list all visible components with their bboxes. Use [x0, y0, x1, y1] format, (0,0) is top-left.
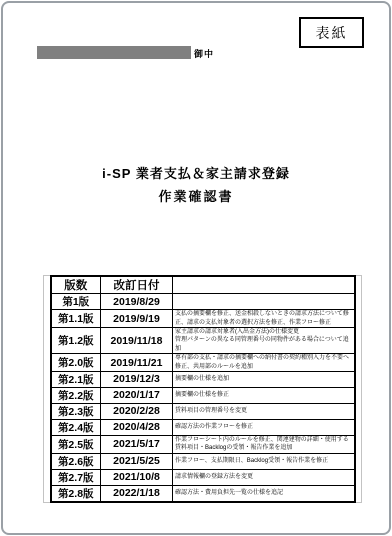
redacted-recipient-bar	[37, 46, 191, 59]
date-cell: 2021/5/25	[101, 453, 173, 469]
version-cell: 第1版	[51, 294, 101, 310]
revision-history-panel: 版数 改訂日付 第1版 2019/8/29 第1.1版 2019/9/19 支払…	[43, 275, 362, 503]
version-cell: 第2.8版	[51, 485, 101, 502]
cover-label-box: 表紙	[299, 17, 364, 48]
date-cell: 2019/12/3	[101, 371, 173, 387]
cover-label: 表紙	[316, 23, 348, 43]
table-row: 第2.5版 2021/5/17 作業フローシート内のルールを修正、関連建物の詳細…	[51, 435, 355, 453]
date-cell: 2021/10/8	[101, 469, 173, 485]
date-cell: 2020/4/28	[101, 419, 173, 435]
document-title-line1: i-SP 業者支払＆家主請求登録	[3, 163, 389, 182]
version-cell: 第2.6版	[51, 453, 101, 469]
version-cell: 第1.2版	[51, 328, 101, 354]
table-row: 第1.2版 2019/11/18 家主請求の請求対象者(入出金方法)の仕様変更 …	[51, 328, 355, 354]
document-title-line2: 作業確認書	[3, 186, 389, 205]
table-row: 第2.3版 2020/2/28 賃料項目の管理番号を変更	[51, 403, 355, 419]
version-cell: 第2.5版	[51, 435, 101, 453]
document-title: i-SP 業者支払＆家主請求登録 作業確認書	[3, 163, 389, 205]
description-cell: 摘要欄の仕様を追加	[173, 371, 355, 387]
date-cell: 2022/1/18	[101, 485, 173, 502]
description-cell: 確認方法・費用負担先一覧の仕様を追記	[173, 485, 355, 502]
description-cell: 作業フローシート内のルールを修正、関連建物の詳細・使用する賃料項目・Backlo…	[173, 435, 355, 453]
table-row: 第2.7版 2021/10/8 請求情報欄の登録方法を変更	[51, 469, 355, 485]
table-row: 第2.8版 2022/1/18 確認方法・費用負担先一覧の仕様を追記	[51, 485, 355, 502]
revision-table-body: 第1版 2019/8/29 第1.1版 2019/9/19 支払の摘要欄を修正、…	[51, 294, 355, 502]
col-header-description	[173, 276, 355, 294]
table-row: 第2.0版 2019/11/21 専有部の支払・請求の摘要欄への納付書の契約種別…	[51, 354, 355, 372]
date-cell: 2019/8/29	[101, 294, 173, 310]
table-row: 第2.1版 2019/12/3 摘要欄の仕様を追加	[51, 371, 355, 387]
description-cell: 専有部の支払・請求の摘要欄への納付書の契約種別入力を不要へ修正、共用部のルールを…	[173, 354, 355, 372]
date-cell: 2020/1/17	[101, 387, 173, 403]
version-cell: 第1.1版	[51, 310, 101, 328]
table-row: 第2.4版 2020/4/28 確認方法の作業フローを修正	[51, 419, 355, 435]
col-header-revision-date: 改訂日付	[101, 276, 173, 294]
description-cell: 摘要欄の仕様を修正	[173, 387, 355, 403]
version-cell: 第2.4版	[51, 419, 101, 435]
table-row: 第2.2版 2020/1/17 摘要欄の仕様を修正	[51, 387, 355, 403]
table-row: 第2.6版 2021/5/25 作業フロー、支払期限日、Backlog受領・報告…	[51, 453, 355, 469]
date-cell: 2021/5/17	[101, 435, 173, 453]
description-cell: 賃料項目の管理番号を変更	[173, 403, 355, 419]
version-cell: 第2.1版	[51, 371, 101, 387]
description-cell: 確認方法の作業フローを修正	[173, 419, 355, 435]
version-cell: 第2.3版	[51, 403, 101, 419]
description-cell	[173, 294, 355, 310]
description-cell: 請求情報欄の登録方法を変更	[173, 469, 355, 485]
table-header-row: 版数 改訂日付	[51, 276, 355, 294]
version-cell: 第2.2版	[51, 387, 101, 403]
description-cell: 家主請求の請求対象者(入出金方法)の仕様変更 管理パターンの異なる同管理番号の同…	[173, 328, 355, 354]
description-cell: 支払の摘要欄を修正、送金相殺しないときの請求方法について修正、請求の支払対象者の…	[173, 310, 355, 328]
version-cell: 第2.7版	[51, 469, 101, 485]
revision-history-table: 版数 改訂日付 第1版 2019/8/29 第1.1版 2019/9/19 支払…	[50, 275, 356, 503]
date-cell: 2019/9/19	[101, 310, 173, 328]
version-cell: 第2.0版	[51, 354, 101, 372]
table-row: 第1.1版 2019/9/19 支払の摘要欄を修正、送金相殺しないときの請求方法…	[51, 310, 355, 328]
document-page: 御中 表紙 i-SP 業者支払＆家主請求登録 作業確認書 版数 改訂日付 第1版…	[1, 1, 391, 535]
table-row: 第1版 2019/8/29	[51, 294, 355, 310]
col-header-version: 版数	[51, 276, 101, 294]
date-cell: 2019/11/21	[101, 354, 173, 372]
date-cell: 2019/11/18	[101, 328, 173, 354]
date-cell: 2020/2/28	[101, 403, 173, 419]
recipient-suffix-label: 御中	[194, 47, 214, 60]
description-cell: 作業フロー、支払期限日、Backlog受領・報告作業を修正	[173, 453, 355, 469]
